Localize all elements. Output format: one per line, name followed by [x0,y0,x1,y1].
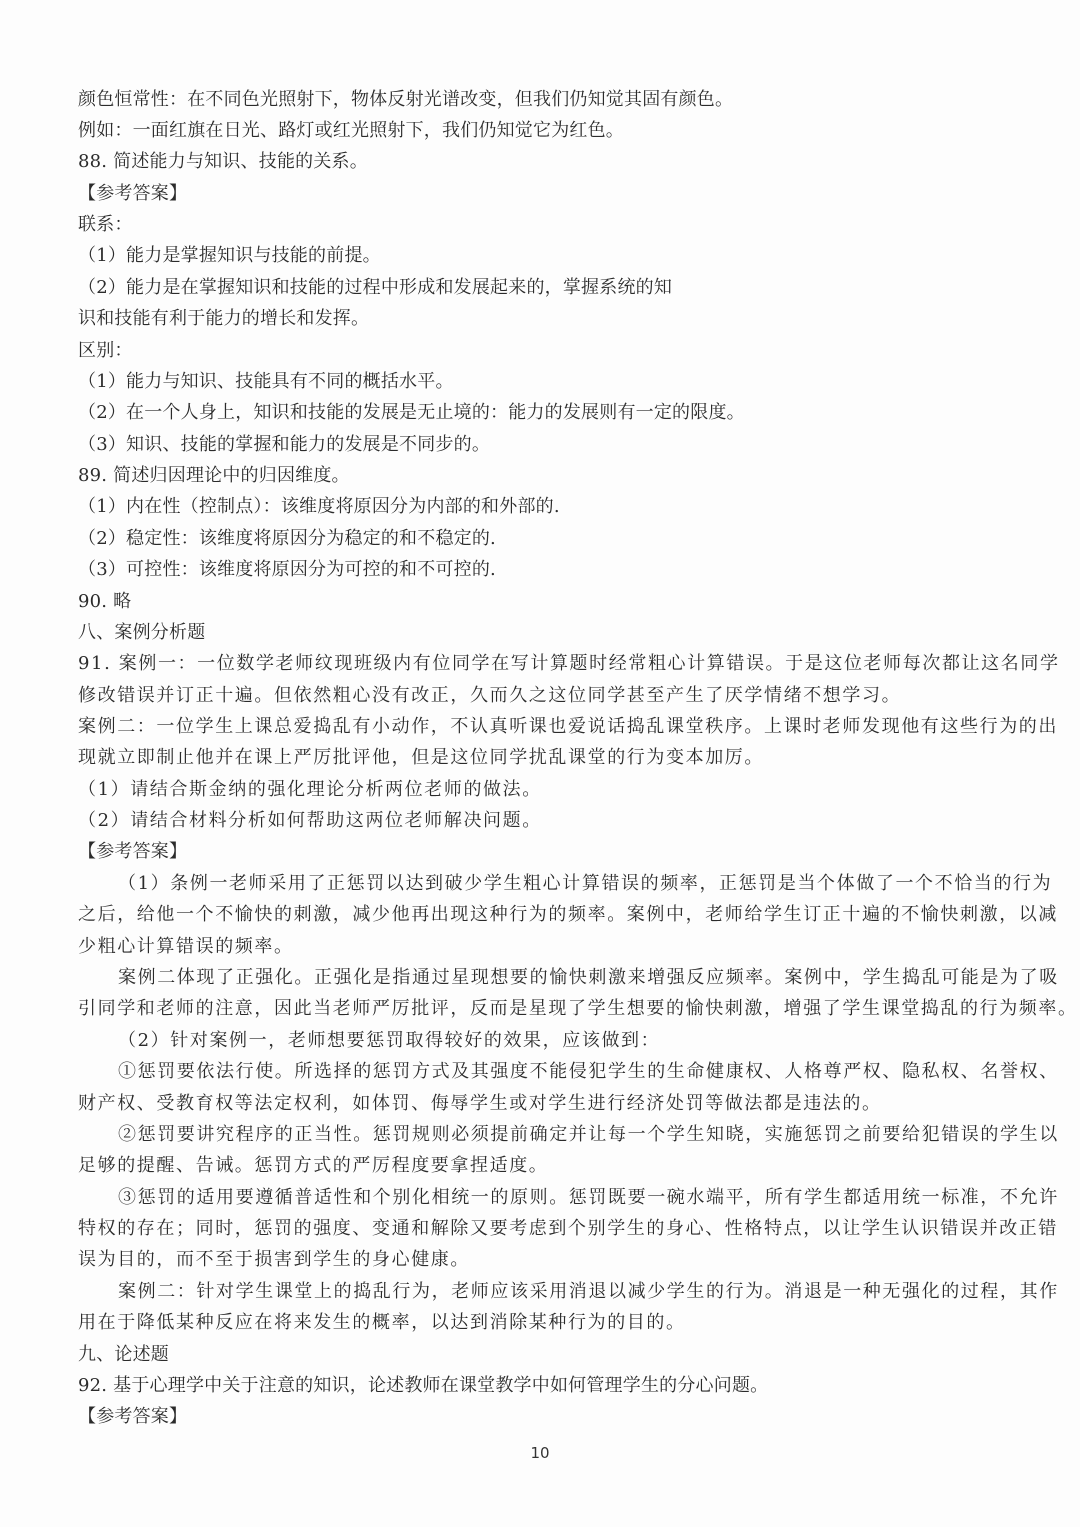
text-line: 现就立即制止他并在课上严厉批评他，但是这位同学扰乱课堂的行为变本加厉。 [78,746,764,770]
text-line: 特权的存在；同时，惩罚的强度、变通和解除又要考虑到个别学生的身心、性格特点，以让… [78,1217,1058,1241]
text-line: （1）条例一老师采用了正惩罚以达到破少学生粗心计算错误的频率，正惩罚是当个体做了… [118,872,1052,896]
text-line: （3）可控性：该维度将原因分为可控的和不可控的. [78,558,496,582]
text-line: （1）能力与知识、技能具有不同的概括水平。 [78,370,454,394]
text-line: 足够的提醒、告诫。惩罚方式的严厉程度要拿捏适度。 [78,1154,548,1178]
text-line: 案例二体现了正强化。正强化是指通过星现想要的愉快刺激来增强反应频率。案例中，学生… [118,966,1059,990]
answer-heading: 【参考答案】 [78,1405,187,1429]
question-89: 89. 简述归因理论中的归因维度。 [78,464,350,488]
text-line: 财产权、受教育权等法定权利，如体罚、侮辱学生或对学生进行经济处罚等做法都是违法的… [78,1092,882,1116]
answer-heading: 【参考答案】 [78,840,187,864]
section-heading-essay: 九、论述题 [78,1343,169,1367]
question-88: 88. 简述能力与知识、技能的关系。 [78,150,368,174]
text-line: （1）能力是掌握知识与技能的前提。 [78,244,381,268]
text-line-example: 例如：一面红旗在日光、路灯或红光照射下，我们仍知觉它为红色。 [78,119,624,143]
text-line: 案例二：一位学生上课总爱捣乱有小动作，不认真听课也爱说话捣乱课堂秩序。上课时老师… [78,715,1058,739]
text-line: 案例二：针对学生课堂上的捣乱行为，老师应该采用消退以减少学生的行为。消退是一种无… [118,1280,1059,1304]
text-line: ②惩罚要讲究程序的正当性。惩罚规则必须提前确定并让每一个学生知晓，实施惩罚之前要… [118,1123,1059,1147]
text-line: （1）内在性（控制点）：该维度将原因分为内部的和外部的. [78,495,560,519]
document-page: 颜色恒常性：在不同色光照射下，物体反射光谱改变，但我们仍知觉其固有颜色。 例如：… [0,0,1080,1527]
section-heading-case-analysis: 八、案例分析题 [78,621,205,645]
question-90: 90. 略 [78,590,131,614]
question-91: 91. 案例一：一位数学老师纹现班级内有位同学在写计算题时经常粗心计算错误。于是… [78,652,1060,676]
text-line: 用在于降低某种反应在将来发生的概率，以达到消除某种行为的目的。 [78,1311,686,1335]
text-line: （3）知识、技能的掌握和能力的发展是不同步的。 [78,433,490,457]
text-line: （2）能力是在掌握知识和技能的过程中形成和发展起来的，掌握系统的知 [78,276,672,300]
text-line: （2）稳定性：该维度将原因分为稳定的和不稳定的. [78,527,496,551]
text-line: 之后，给他一个不愉快的刺激，减少他再出现这种行为的频率。案例中，老师给学生订正十… [78,903,1058,927]
text-line: （2）请结合材料分析如何帮助这两位老师解决问题。 [78,809,542,833]
text-line-difference: 区别： [78,339,133,363]
text-line: 误为目的，而不至于损害到学生的身心健康。 [78,1248,470,1272]
page-number: 10 [0,1444,1080,1462]
text-line: 修改错误并订正十遍。但依然粗心没有改正，久而久之这位同学甚至产生了厌学情绪不想学… [78,684,901,708]
text-line-connection: 联系： [78,213,133,237]
text-line: （2）针对案例一，老师想要惩罚取得较好的效果，应该做到： [118,1029,660,1053]
text-line: （1）请结合斯金纳的强化理论分析两位老师的做法。 [78,778,542,802]
text-line: 少粗心计算错误的频率。 [78,935,294,959]
text-line: （2）在一个人身上，知识和技能的发展是无止境的：能力的发展则有一定的限度。 [78,401,745,425]
text-line: ③惩罚的适用要遵循普适性和个别化相统一的原则。惩罚既要一碗水端平，所有学生都适用… [118,1186,1059,1210]
question-92: 92. 基于心理学中关于注意的知识，论述教师在课堂教学中如何管理学生的分心问题。 [78,1374,768,1398]
text-line: 识和技能有利于能力的增长和发挥。 [78,307,369,331]
text-line: ①惩罚要依法行使。所选择的惩罚方式及其强度不能侵犯学生的生命健康权、人格尊严权、… [118,1060,1059,1084]
answer-heading: 【参考答案】 [78,182,187,206]
text-line: 引同学和老师的注意，因此当老师严厉批评，反而是星现了学生想要的愉快刺激，增强了学… [78,997,1078,1021]
text-line-color-constancy: 颜色恒常性：在不同色光照射下，物体反射光谱改变，但我们仍知觉其固有颜色。 [78,88,733,112]
